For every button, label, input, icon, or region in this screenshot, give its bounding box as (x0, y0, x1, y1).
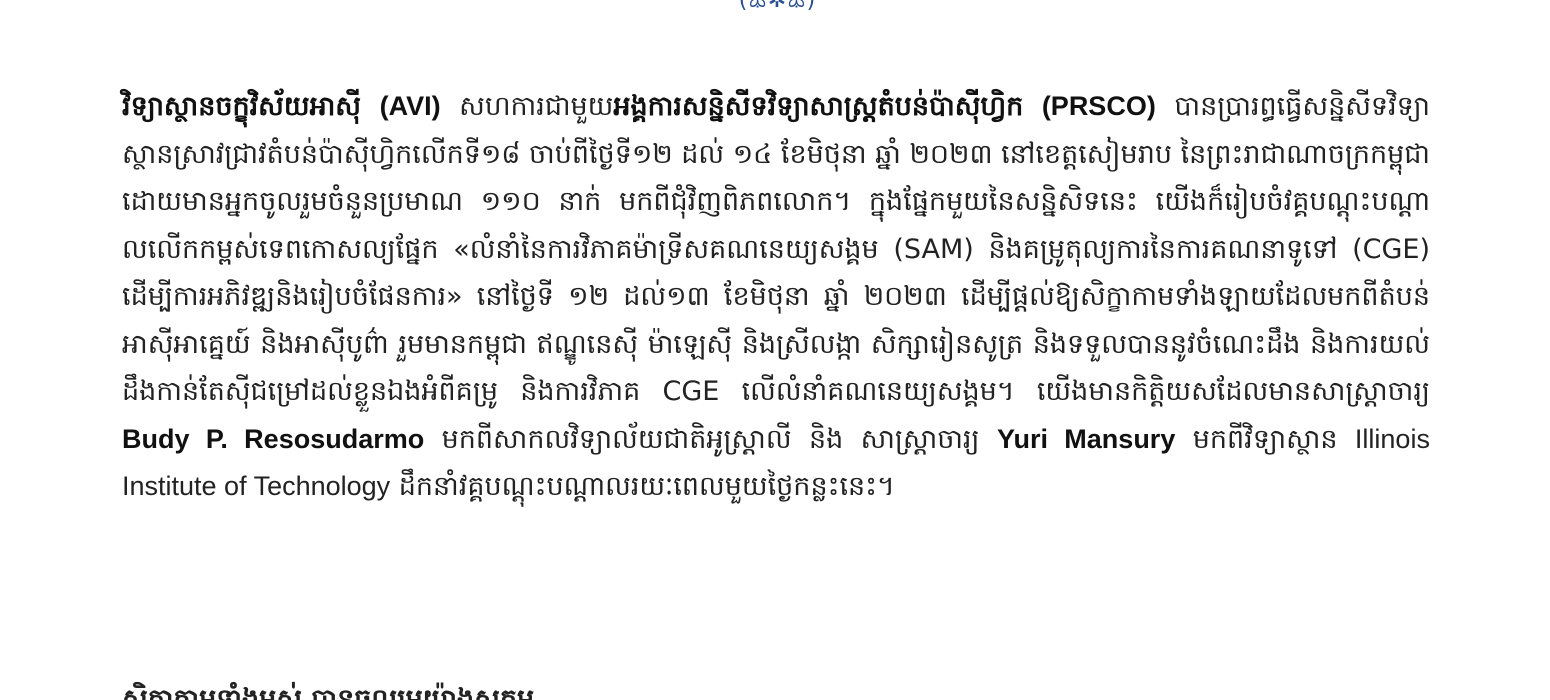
org-name-prsco: អង្គការសន្និសីទវិទ្យាសាស្ត្រតំបន់ប៉ាស៊ីហ… (613, 91, 1023, 122)
body-text-4: ដឹកនាំវគ្គបណ្តុះបណ្តាលរយៈពេលមួយថ្ងៃកន្លះ… (399, 471, 895, 502)
person-name-budy: Budy P. Resosudarmo (122, 424, 424, 454)
person-name-yuri: Yuri Mansury (997, 424, 1175, 454)
next-paragraph-fragment: សិក្ខាកាមទាំងអស់ បានចូលរួមយ៉ាងសកម្ម (122, 676, 1430, 700)
connector-text: សហការជាមួយ (459, 91, 613, 122)
org-abbr-prsco: (PRSCO) (1042, 91, 1156, 121)
org-name-avi: វិទ្យាស្ថានចក្ខុវិស័យអាស៊ី (122, 91, 361, 122)
body-text-1: បានប្រារព្ធធ្វើសន្និសីទវិទ្យាស្ថានស្រាវជ… (122, 91, 1430, 407)
body-text-3: មកពីវិទ្យាស្ថាន (1193, 424, 1338, 455)
body-text-2: មកពីសាកលវិទ្យាល័យជាតិអូស្ត្រាលី និង សាស្… (442, 424, 980, 455)
org-abbr-avi: (AVI) (380, 91, 441, 121)
article-paragraph: វិទ្យាស្ថានចក្ខុវិស័យអាស៊ី (AVI) សហការជា… (122, 83, 1430, 511)
page-ornament-icon: (ꕥ✲ꕥ) (735, 0, 819, 14)
